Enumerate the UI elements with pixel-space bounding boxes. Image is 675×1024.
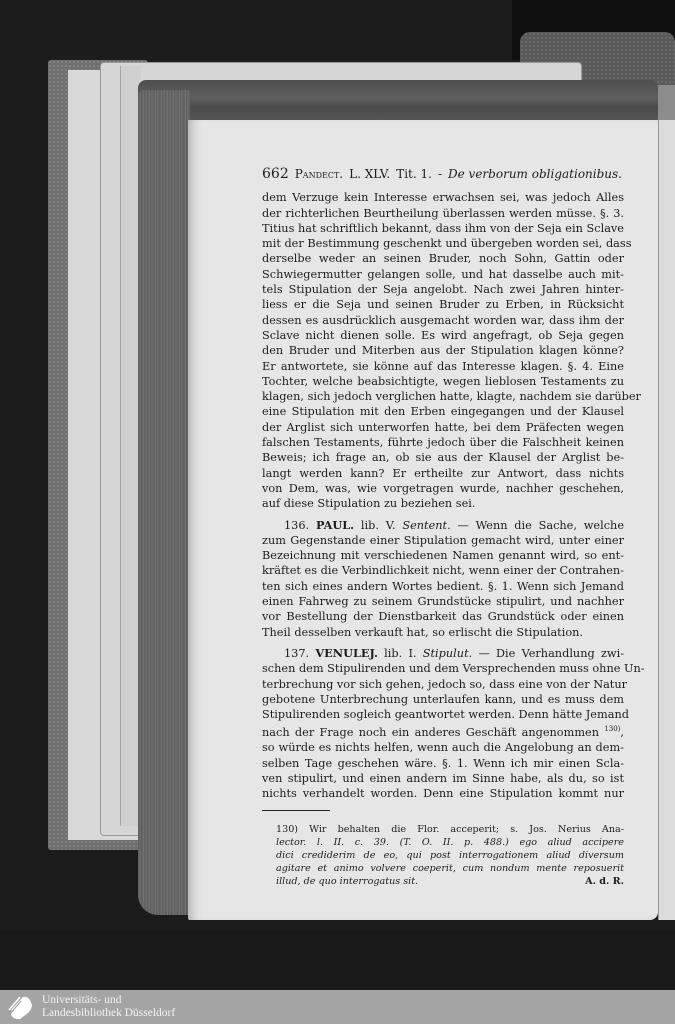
text-line: Schwiegermutter gelangen solle, und hat … [262, 267, 624, 282]
institution-line-1: Universitäts- und [42, 994, 175, 1007]
text-line: schen dem Stipulirenden und dem Versprec… [262, 661, 624, 676]
header-title: De verborum obligationibus. [448, 167, 622, 182]
text-line: ven stipulirt, und einen andern im Sinne… [262, 771, 624, 786]
text-line: vor Bestellung der Dienstbarkeit das Gru… [262, 609, 624, 624]
facing-page-edge [658, 120, 675, 920]
background [0, 930, 675, 990]
text-line: Bezeichnung mit verschiedenen Namen gena… [262, 548, 624, 563]
footnote-signature: A. d. R. [585, 875, 624, 888]
text-line: dem Verzuge kein Interesse erwachsen sei… [262, 190, 624, 205]
footnote-line: 130) Wir behalten die Flor. acceperit; s… [276, 823, 624, 836]
footnote-line: lector. l. II. c. 39. (T. O. II. p. 488.… [276, 836, 624, 849]
footnote-divider [262, 810, 330, 811]
page-text: 662 Pandect. L. XLV. Tit. 1. - De verbor… [262, 167, 624, 888]
text-line: dessen es ausdrücklich ausgemacht worden… [262, 313, 624, 328]
fragment-137: 137. VENULEJ. lib. I. Stipulut. — Die Ve… [262, 646, 624, 802]
text-line: tels Stipulation der Seja angelobt. Nach… [262, 282, 624, 297]
text-line: von Dem, was, wie vorgetragen wurde, nac… [262, 481, 624, 496]
fragment-source: lib. V. [361, 519, 396, 532]
text-line: Stipulirenden sogleich geantwortet werde… [262, 707, 624, 722]
fragment-text: — Die Verhandlung zwi- [478, 647, 624, 660]
institution-line-2: Landesbibliothek Düsseldorf [42, 1007, 175, 1020]
footnote-reference: 130) [604, 725, 620, 733]
library-footer: Universitäts- und Landesbibliothek Düsse… [0, 990, 675, 1024]
fragment-work: Sentent. [402, 519, 450, 532]
text-line: kräftet es die Verbindlichkeit nicht, we… [262, 563, 624, 578]
text-line: mit der Bestimmung geschenkt und übergeb… [262, 236, 624, 251]
text-line: Sclave nicht dienen solle. Es wird angef… [262, 328, 624, 343]
fragment-text: — Wenn die Sache, welche [457, 519, 624, 532]
footnote-130: 130) Wir behalten die Flor. acceperit; s… [262, 823, 624, 888]
text-line: falschen Testaments, führte jedoch über … [262, 435, 624, 450]
header-title-no: Tit. 1. [396, 167, 432, 182]
footnote-line: dici crediderim de eo, qui post interrog… [276, 849, 624, 862]
fragment-136: 136. PAUL. lib. V. Sentent. — Wenn die S… [262, 518, 624, 640]
fragment-author: PAUL. [316, 518, 354, 532]
text-line: eine Stipulation mit den Erben eingegang… [262, 404, 624, 419]
text-line: so würde es nichts helfen, wenn auch die… [262, 740, 624, 755]
fragment-author: VENULEJ. [315, 646, 378, 660]
text-line: nichts verhandelt worden. Denn eine Stip… [262, 786, 624, 801]
header-book: L. XLV. [349, 167, 390, 182]
text-line: selben Tage geschehen wäre. §. 1. Wenn i… [262, 756, 624, 771]
text-line: der Arglist sich unterworfen hatte, bei … [262, 420, 624, 435]
text-line: Er antwortete, sie könne auf das Interes… [262, 359, 624, 374]
running-header: 662 Pandect. L. XLV. Tit. 1. - De verbor… [262, 167, 624, 182]
page-stack-top-edge [138, 80, 658, 125]
page-stack-side-edge [138, 90, 190, 915]
page-number: 662 [262, 167, 289, 182]
text-line: liess er die Seja und seinen Bruder zu E… [262, 297, 624, 312]
fragment-number: 136. [284, 519, 309, 532]
text-line: nach der Frage noch ein anderes Geschäft… [262, 722, 624, 740]
text-line: terbrechung vor sich gehen, jedoch so, d… [262, 677, 624, 692]
text-line: Beweis; ich frage an, ob sie aus der Kla… [262, 450, 624, 465]
footnote-text: illud, de quo interrogatus sit. [276, 875, 418, 888]
footnote-line: agitare et animo volvere coeperit, cum n… [276, 862, 624, 875]
fragment-heading-line: 137. VENULEJ. lib. I. Stipulut. — Die Ve… [262, 646, 624, 661]
book-logo-icon [6, 992, 36, 1022]
paragraph-continued: dem Verzuge kein Interesse erwachsen sei… [262, 190, 624, 511]
text-line: einen Fahrweg zu seinem Grundstücke stip… [262, 594, 624, 609]
text-line: Theil desselben verkauft hat, so erlisch… [262, 625, 624, 640]
text-line: auf diese Stipulation zu beziehen sei. [262, 496, 624, 511]
fragment-heading-line: 136. PAUL. lib. V. Sentent. — Wenn die S… [262, 518, 624, 533]
text-line: der richterlichen Beurtheilung überlasse… [262, 206, 624, 221]
text-line: langt werden kann? Er ertheilte zur Antw… [262, 466, 624, 481]
text-line: ten sich eines andern Wortes bedient. §.… [262, 579, 624, 594]
institution-name: Universitäts- und Landesbibliothek Düsse… [42, 994, 175, 1020]
text-line: klagen, sich jedoch verglichen hatte, kl… [262, 389, 624, 404]
text-line: derselbe weder an seinen Bruder, noch So… [262, 251, 624, 266]
text-line: Tochter, welche beabsichtigte, wegen lie… [262, 374, 624, 389]
fragment-work: Stipulut. [423, 647, 472, 660]
text-line: Titius hat schriftlich bekannt, dass ihm… [262, 221, 624, 236]
header-work: Pandect. [295, 167, 343, 182]
fragment-number: 137. [284, 647, 309, 660]
text-line: den Bruder und Miterben aus der Stipulat… [262, 343, 624, 358]
fragment-source: lib. I. [384, 647, 416, 660]
footnote-line: illud, de quo interrogatus sit. A. d. R. [276, 875, 624, 888]
text-line: gebotene Unterbrechung unterlaufen kann,… [262, 692, 624, 707]
text-line: zum Gegenstande einer Stipulation gemach… [262, 533, 624, 548]
